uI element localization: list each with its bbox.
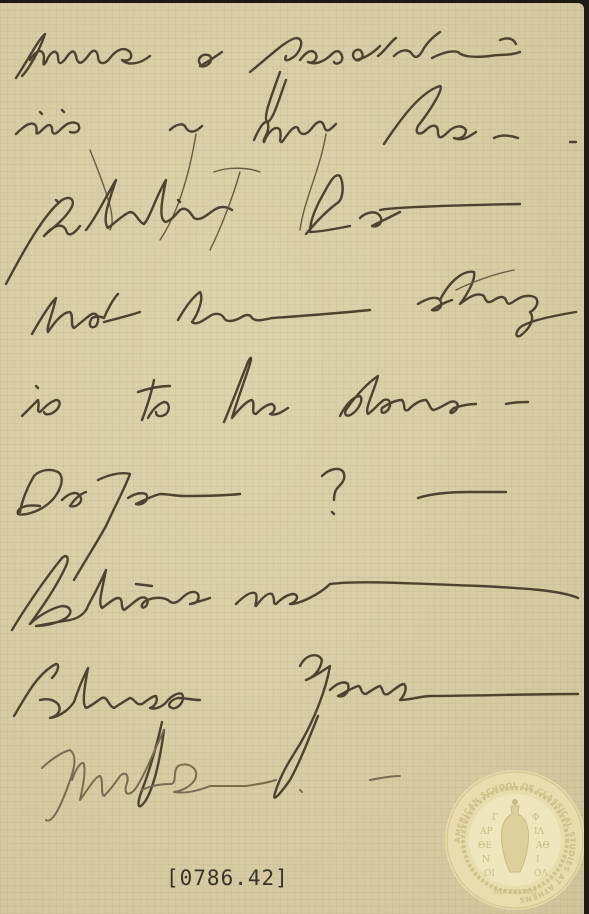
svg-text:ΘΕ: ΘΕ [478, 841, 492, 851]
page-edge [584, 0, 589, 914]
archive-number: [0786.42] [166, 866, 289, 890]
ink-line-4 [32, 270, 576, 336]
svg-text:ΟΛ: ΟΛ [534, 869, 548, 879]
ink-line-5 [22, 358, 528, 422]
svg-text:Ι: Ι [536, 855, 540, 865]
svg-text:ΟΙ: ΟΙ [484, 869, 495, 879]
ink-line-6 [18, 469, 506, 580]
svg-text:MDCCCLXXXI: MDCCCLXXXI [493, 889, 538, 896]
ink-line-1 [16, 32, 520, 122]
ink-line-2 [16, 86, 576, 240]
svg-text:Γ: Γ [492, 813, 498, 823]
svg-text:ΙΛ: ΙΛ [534, 827, 545, 837]
ink-line-9-signature [42, 730, 400, 821]
svg-text:Ν: Ν [482, 855, 490, 865]
american-school-seal: AMERICAN SCHOOL OF CLASSICAL STUDIES AT … [440, 768, 589, 913]
ink-line-7 [12, 556, 578, 630]
ink-line-3 [6, 168, 520, 284]
svg-text:ΑΘ: ΑΘ [535, 841, 550, 851]
svg-text:Φ: Φ [532, 813, 539, 823]
svg-text:ΑΡ: ΑΡ [479, 827, 493, 837]
